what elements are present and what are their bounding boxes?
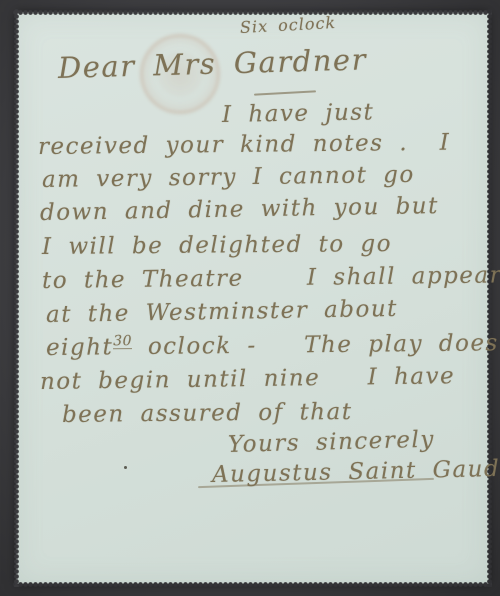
perforated-edge-bottom bbox=[13, 581, 492, 588]
letter-line: I have just bbox=[222, 101, 375, 127]
closing-valediction: Yours sincerely bbox=[228, 429, 435, 457]
perforated-edge-right bbox=[486, 9, 493, 587]
letter-line: am very sorry I cannot go bbox=[42, 164, 415, 192]
salutation: Dear Mrs Gardner bbox=[58, 45, 368, 83]
perforated-edge-top bbox=[13, 9, 492, 16]
hour-superscript: 30 bbox=[113, 334, 132, 349]
letter-line: been assured of that bbox=[62, 401, 353, 427]
photo-background: { "photo": { "background_color": "#3d3d4… bbox=[0, 0, 500, 596]
hour-word: eight bbox=[46, 334, 114, 361]
time-annotation: Six oclock bbox=[240, 15, 337, 36]
letter-line: I will be delighted to go bbox=[42, 233, 392, 259]
hour-rest: oclock - The play does bbox=[132, 330, 499, 360]
letter-line: to the Theatre I shall appear bbox=[42, 264, 500, 293]
letter-line: received your kind notes . I bbox=[38, 132, 451, 159]
letter-line-hour: eight30 oclock - The play does bbox=[46, 332, 499, 360]
letter-line: at the Westminster about bbox=[46, 298, 398, 327]
letter-line: not begin until nine I have bbox=[40, 365, 455, 394]
paper-speck bbox=[124, 466, 127, 469]
letter-line: down and dine with you but bbox=[40, 195, 439, 225]
salutation-flourish bbox=[254, 90, 316, 95]
letter-paper: Six oclock Dear Mrs Gardner I have just … bbox=[16, 12, 489, 584]
perforated-edge-left bbox=[13, 9, 20, 587]
